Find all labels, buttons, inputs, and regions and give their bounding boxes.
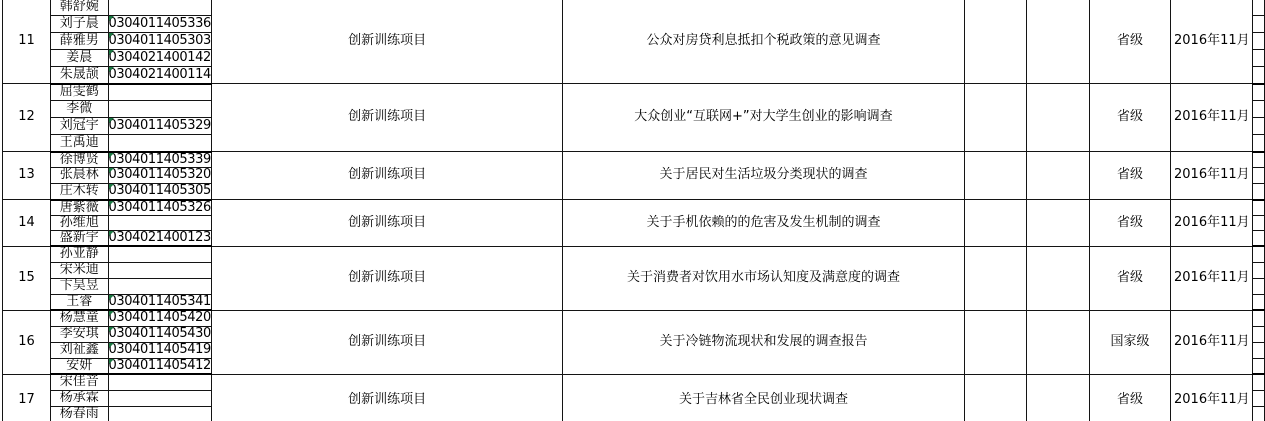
number-stored-as-text-icon: [109, 33, 114, 38]
empty-cell[interactable]: [1026, 310, 1089, 374]
project-level-cell[interactable]: 省级: [1089, 152, 1171, 200]
member-name-cell[interactable]: 安妍: [51, 358, 108, 374]
project-title: 关于冷链物流现状和发展的调查报告: [659, 334, 867, 349]
member-name: 刘祉鑫: [60, 342, 99, 357]
approval-date: 2016年11月: [1174, 167, 1250, 182]
clipped-cell: [1253, 118, 1265, 135]
member-name-cell[interactable]: 张晨林: [51, 168, 108, 184]
project-level: 国家级: [1111, 334, 1150, 349]
clipped-cell: [1253, 231, 1265, 247]
project-level-cell[interactable]: 省级: [1089, 0, 1171, 84]
empty-cell[interactable]: [964, 310, 1026, 374]
project-title-cell[interactable]: 关于吉林省全民创业现状调查: [563, 374, 964, 421]
clipped-cell: [1253, 246, 1265, 262]
project-type: 创新训练项目: [348, 334, 426, 349]
member-name-cell[interactable]: 杨承霖: [51, 390, 108, 406]
member-name: 姜晨: [66, 50, 92, 65]
member-name: 安妍: [66, 358, 92, 373]
member-name-cell[interactable]: 盛新宇: [51, 231, 108, 247]
spreadsheet-viewport: 11 韩舒婉 创新训练项目 公众对房贷利息抵扣个税政策的意见调查 省级 2016…: [0, 0, 1265, 421]
project-type-cell[interactable]: 创新训练项目: [211, 200, 563, 247]
member-name-cell[interactable]: 卞昊昱: [51, 278, 108, 294]
member-name: 宋佳音: [60, 374, 99, 389]
member-name-cell[interactable]: 刘冠宇: [51, 118, 108, 135]
serial-number-cell[interactable]: 16: [3, 310, 51, 374]
empty-cell[interactable]: [1026, 84, 1089, 152]
project-title-cell[interactable]: 关于居民对生活垃圾分类现状的调查: [563, 152, 964, 200]
empty-cell[interactable]: [964, 374, 1026, 421]
student-id: 0304021400114: [109, 67, 211, 82]
clipped-cell: [1253, 152, 1265, 168]
approval-date: 2016年11月: [1174, 392, 1250, 407]
member-name-cell[interactable]: 宋米迪: [51, 262, 108, 278]
student-id: 0304011405303: [109, 33, 211, 48]
project-type: 创新训练项目: [348, 215, 426, 230]
project-title-cell[interactable]: 关于冷链物流现状和发展的调查报告: [563, 310, 964, 374]
number-stored-as-text-icon: [109, 359, 114, 364]
student-id: 0304011405341: [109, 294, 211, 309]
serial-number-cell[interactable]: 15: [3, 246, 51, 310]
student-id-cell[interactable]: 0304021400114: [108, 67, 211, 84]
serial-number: 12: [18, 109, 35, 124]
student-id-cell[interactable]: 0304011405341: [108, 294, 211, 310]
empty-cell[interactable]: [1026, 152, 1089, 200]
project-level-cell[interactable]: 省级: [1089, 200, 1171, 247]
approval-date-cell[interactable]: 2016年11月: [1171, 84, 1253, 152]
number-stored-as-text-icon: [109, 50, 114, 55]
member-name: 朱晟颉: [60, 67, 99, 82]
clipped-cell: [1253, 67, 1265, 84]
member-name-cell[interactable]: 刘子晨: [51, 16, 108, 33]
student-id-cell[interactable]: 0304011405326: [108, 200, 211, 216]
serial-number: 13: [18, 167, 35, 182]
number-stored-as-text-icon: [109, 311, 114, 316]
clipped-cell: [1253, 342, 1265, 358]
project-type-cell[interactable]: 创新训练项目: [211, 310, 563, 374]
clipped-cell: [1253, 390, 1265, 406]
clipped-cell: [1253, 101, 1265, 118]
project-title-cell[interactable]: 关于消费者对饮用水市场认知度及满意度的调查: [563, 246, 964, 310]
serial-number: 16: [18, 334, 35, 349]
clipped-cell: [1253, 84, 1265, 101]
number-stored-as-text-icon: [109, 67, 114, 72]
student-id: 0304011405329: [109, 118, 211, 133]
member-name: 盛新宇: [60, 231, 99, 246]
empty-cell[interactable]: [964, 0, 1026, 84]
approval-date-cell[interactable]: 2016年11月: [1171, 200, 1253, 247]
project-title: 关于吉林省全民创业现状调查: [679, 392, 848, 407]
project-level: 省级: [1117, 109, 1143, 124]
project-level-cell[interactable]: 省级: [1089, 246, 1171, 310]
approval-date: 2016年11月: [1174, 215, 1250, 230]
approval-date-cell[interactable]: 2016年11月: [1171, 374, 1253, 421]
member-name-cell[interactable]: 屈雯鹤: [51, 84, 108, 101]
serial-number-cell[interactable]: 11: [3, 0, 51, 84]
member-name-cell[interactable]: 庄木转: [51, 184, 108, 200]
clipped-cell: [1253, 0, 1265, 16]
member-name: 徐博贤: [60, 152, 99, 167]
member-name: 王睿: [66, 294, 92, 309]
member-name-cell[interactable]: 韩舒婉: [51, 0, 108, 16]
member-name-cell[interactable]: 王禹迪: [51, 135, 108, 152]
serial-number-cell[interactable]: 17: [3, 374, 51, 421]
member-name-cell[interactable]: 李微: [51, 101, 108, 118]
clipped-cell: [1253, 135, 1265, 152]
project-type: 创新训练项目: [348, 167, 426, 182]
student-id-cell[interactable]: [108, 278, 211, 294]
student-id: 0304011405305: [109, 184, 211, 199]
member-name-cell[interactable]: 姜晨: [51, 50, 108, 67]
clipped-cell: [1253, 310, 1265, 326]
member-name: 杨承霖: [60, 390, 99, 405]
member-name: 刘冠宇: [60, 118, 99, 133]
member-name: 唐紫薇: [60, 200, 99, 215]
student-id: 0304011405412: [109, 358, 211, 373]
project-level: 省级: [1117, 33, 1143, 48]
student-id-cell[interactable]: [108, 374, 211, 390]
clipped-cell: [1253, 200, 1265, 216]
project-title-cell[interactable]: 公众对房贷利息抵扣个税政策的意见调查: [563, 0, 964, 84]
project-level: 省级: [1117, 270, 1143, 285]
clipped-cell: [1253, 50, 1265, 67]
empty-cell[interactable]: [1026, 246, 1089, 310]
student-id-cell[interactable]: [108, 215, 211, 230]
member-name-cell[interactable]: 王睿: [51, 294, 108, 310]
serial-number-cell[interactable]: 14: [3, 200, 51, 247]
member-name: 韩舒婉: [60, 0, 99, 14]
student-id-cell[interactable]: 0304011405336: [108, 16, 211, 33]
student-id-cell[interactable]: 0304021400123: [108, 231, 211, 247]
student-id: 0304011405336: [109, 16, 211, 31]
student-id-cell[interactable]: 0304011405303: [108, 33, 211, 50]
student-id: 0304011405339: [109, 152, 211, 167]
member-name-cell[interactable]: 唐紫薇: [51, 200, 108, 216]
number-stored-as-text-icon: [109, 201, 114, 206]
project-type: 创新训练项目: [348, 270, 426, 285]
student-id-cell[interactable]: 0304011405329: [108, 118, 211, 135]
student-id-cell[interactable]: [108, 84, 211, 101]
clipped-cell: [1253, 33, 1265, 50]
student-id-cell[interactable]: [108, 0, 211, 16]
student-id-cell[interactable]: 0304021400142: [108, 50, 211, 67]
member-name: 孙亚静: [60, 246, 99, 261]
project-title: 关于手机依赖的的危害及发生机制的调查: [646, 215, 880, 230]
serial-number-cell[interactable]: 12: [3, 84, 51, 152]
member-name-cell[interactable]: 徐博贤: [51, 152, 108, 168]
number-stored-as-text-icon: [109, 153, 114, 158]
approval-date-cell[interactable]: 2016年11月: [1171, 310, 1253, 374]
project-type-cell[interactable]: 创新训练项目: [211, 246, 563, 310]
project-level: 省级: [1117, 215, 1143, 230]
project-level: 省级: [1117, 392, 1143, 407]
approval-date: 2016年11月: [1174, 33, 1250, 48]
member-name-cell[interactable]: 孙亚静: [51, 246, 108, 262]
student-id: 0304011405419: [109, 342, 211, 357]
project-type-cell[interactable]: 创新训练项目: [211, 0, 563, 84]
project-title-cell[interactable]: 关于手机依赖的的危害及发生机制的调查: [563, 200, 964, 247]
empty-cell[interactable]: [1026, 374, 1089, 421]
clipped-cell: [1253, 374, 1265, 390]
member-name: 卞昊昱: [60, 278, 99, 293]
student-id: 0304011405320: [109, 168, 211, 183]
project-level-cell[interactable]: 省级: [1089, 374, 1171, 421]
student-id-cell[interactable]: [108, 262, 211, 278]
number-stored-as-text-icon: [109, 343, 114, 348]
student-id: 0304011405326: [109, 200, 211, 215]
approval-date: 2016年11月: [1174, 270, 1250, 285]
clipped-cell: [1253, 262, 1265, 278]
project-level-cell[interactable]: 省级: [1089, 84, 1171, 152]
member-name: 王禹迪: [60, 135, 99, 150]
member-name-cell[interactable]: 刘祉鑫: [51, 342, 108, 358]
project-type-cell[interactable]: 创新训练项目: [211, 374, 563, 421]
student-id-cell[interactable]: [108, 406, 211, 421]
student-id: 0304021400142: [109, 50, 211, 65]
student-id-cell[interactable]: 0304011405339: [108, 152, 211, 168]
serial-number: 15: [18, 270, 35, 285]
approval-date: 2016年11月: [1174, 334, 1250, 349]
student-id-cell[interactable]: 0304011405412: [108, 358, 211, 374]
student-id-cell[interactable]: 0304011405320: [108, 168, 211, 184]
member-name-cell[interactable]: 杨春雨: [51, 406, 108, 421]
member-name: 李微: [66, 101, 92, 116]
student-id-cell[interactable]: 0304011405305: [108, 184, 211, 200]
empty-cell[interactable]: [1026, 0, 1089, 84]
clipped-cell: [1253, 406, 1265, 421]
clipped-cell: [1253, 326, 1265, 342]
member-name: 杨慧童: [60, 310, 99, 325]
member-name-cell[interactable]: 薛雅男: [51, 33, 108, 50]
approval-date-cell[interactable]: 2016年11月: [1171, 246, 1253, 310]
member-name: 屈雯鹤: [60, 84, 99, 99]
project-title: 大众创业“互联网+”对大学生创业的影响调查: [634, 109, 892, 124]
project-title: 关于居民对生活垃圾分类现状的调查: [659, 167, 867, 182]
number-stored-as-text-icon: [109, 327, 114, 332]
project-type-cell[interactable]: 创新训练项目: [211, 84, 563, 152]
serial-number-cell[interactable]: 13: [3, 152, 51, 200]
clipped-cell: [1253, 294, 1265, 310]
clipped-cell: [1253, 278, 1265, 294]
student-id: 0304011405430: [109, 326, 211, 341]
project-level-cell[interactable]: 国家级: [1089, 310, 1171, 374]
serial-number: 11: [18, 33, 35, 48]
approval-date-cell[interactable]: 2016年11月: [1171, 0, 1253, 84]
student-id-cell[interactable]: 0304011405420: [108, 310, 211, 326]
project-title: 公众对房贷利息抵扣个税政策的意见调查: [646, 33, 880, 48]
student-id-cell[interactable]: [108, 135, 211, 152]
clipped-cell: [1253, 184, 1265, 200]
student-id-cell[interactable]: [108, 101, 211, 118]
empty-cell[interactable]: [964, 246, 1026, 310]
member-name: 宋米迪: [60, 262, 99, 277]
number-stored-as-text-icon: [109, 168, 114, 173]
project-title-cell[interactable]: 大众创业“互联网+”对大学生创业的影响调查: [563, 84, 964, 152]
student-id-cell[interactable]: 0304011405430: [108, 326, 211, 342]
student-id: 0304011405420: [109, 310, 211, 325]
member-name: 李安琪: [60, 326, 99, 341]
number-stored-as-text-icon: [109, 231, 114, 236]
number-stored-as-text-icon: [109, 16, 114, 21]
empty-cell[interactable]: [1026, 200, 1089, 247]
serial-number: 14: [18, 215, 35, 230]
clipped-cell: [1253, 358, 1265, 374]
member-name: 薛雅男: [60, 33, 99, 48]
member-name-cell[interactable]: 李安琪: [51, 326, 108, 342]
clipped-cell: [1253, 16, 1265, 33]
empty-cell[interactable]: [964, 200, 1026, 247]
project-type: 创新训练项目: [348, 33, 426, 48]
approval-date: 2016年11月: [1174, 109, 1250, 124]
member-name: 孙维旭: [60, 215, 99, 230]
student-id: 0304021400123: [109, 231, 211, 246]
project-level: 省级: [1117, 167, 1143, 182]
number-stored-as-text-icon: [109, 118, 114, 123]
member-name-cell[interactable]: 孙维旭: [51, 215, 108, 230]
student-id-cell[interactable]: [108, 390, 211, 406]
serial-number: 17: [18, 392, 35, 407]
empty-cell[interactable]: [964, 152, 1026, 200]
member-name: 庄木转: [60, 184, 99, 199]
student-id-cell[interactable]: 0304011405419: [108, 342, 211, 358]
project-type: 创新训练项目: [348, 392, 426, 407]
member-name-cell[interactable]: 宋佳音: [51, 374, 108, 390]
project-type: 创新训练项目: [348, 109, 426, 124]
empty-cell[interactable]: [964, 84, 1026, 152]
student-id-cell[interactable]: [108, 246, 211, 262]
clipped-cell: [1253, 215, 1265, 230]
number-stored-as-text-icon: [109, 295, 114, 300]
member-name-cell[interactable]: 杨慧童: [51, 310, 108, 326]
clipped-cell: [1253, 168, 1265, 184]
member-name: 杨春雨: [60, 406, 99, 421]
member-name: 张晨林: [60, 168, 99, 183]
project-title: 关于消费者对饮用水市场认知度及满意度的调查: [627, 270, 900, 285]
projects-table: 11 韩舒婉 创新训练项目 公众对房贷利息抵扣个税政策的意见调查 省级 2016…: [2, 0, 1265, 421]
member-name: 刘子晨: [60, 16, 99, 31]
project-type-cell[interactable]: 创新训练项目: [211, 152, 563, 200]
number-stored-as-text-icon: [109, 184, 114, 189]
approval-date-cell[interactable]: 2016年11月: [1171, 152, 1253, 200]
member-name-cell[interactable]: 朱晟颉: [51, 67, 108, 84]
